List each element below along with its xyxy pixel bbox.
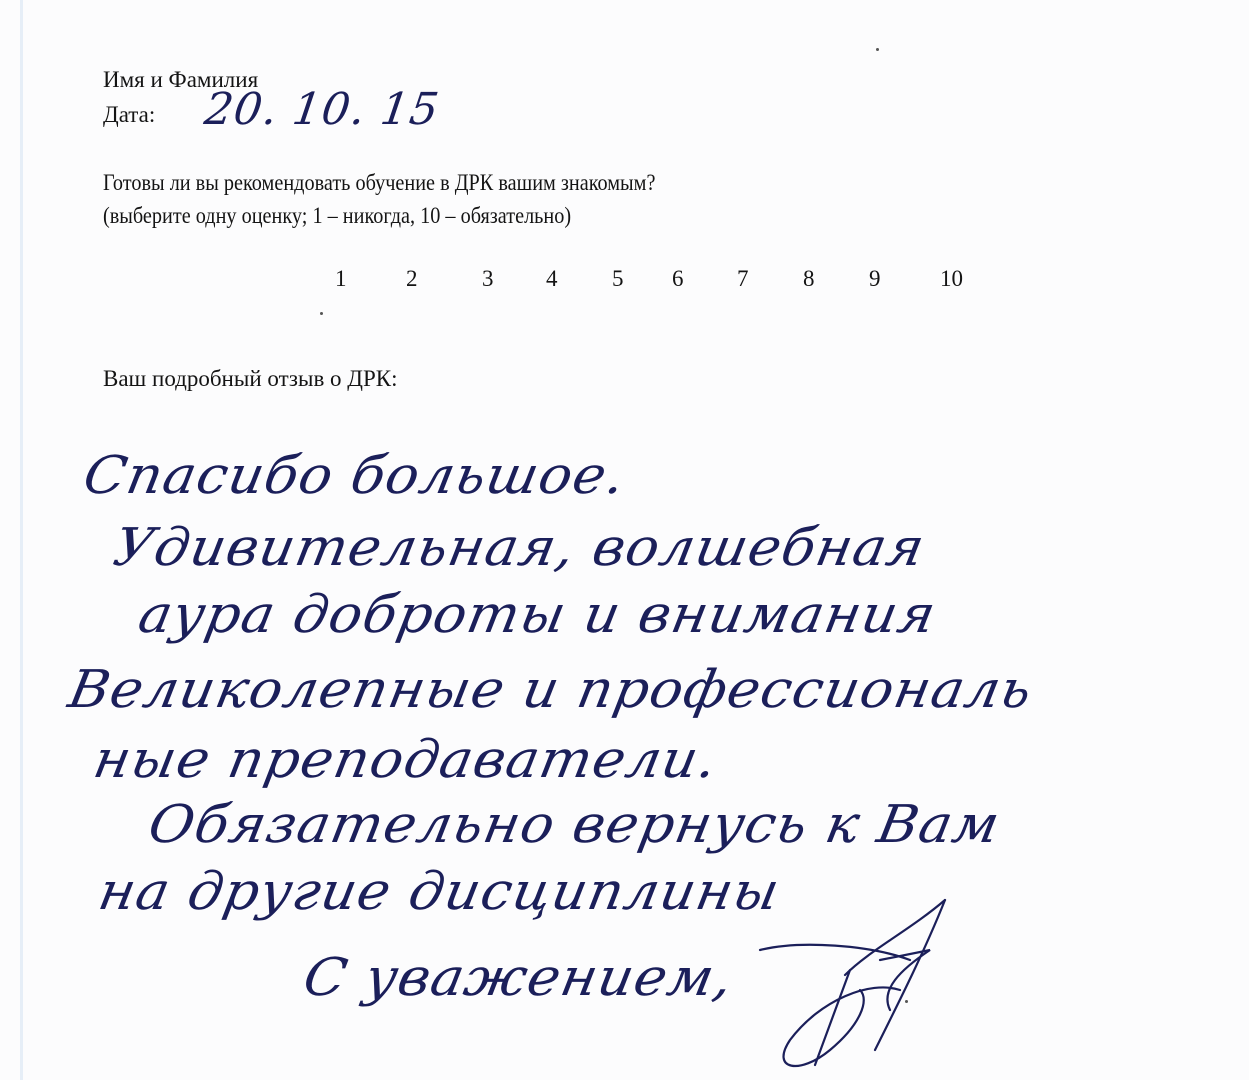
rating-scale: 1 2 3 4 5 6 7 8 9 10	[0, 266, 1249, 296]
feedback-line: Спасибо большое.	[79, 446, 631, 506]
feedback-closing: С уважением,	[299, 948, 738, 1008]
date-label: Дата:	[103, 101, 155, 129]
scan-speck	[320, 312, 323, 315]
scan-edge	[20, 0, 23, 1080]
rating-option[interactable]: 2	[406, 266, 418, 292]
feedback-line: аура доброты и внимания	[134, 585, 941, 645]
rating-option[interactable]: 3	[482, 266, 494, 292]
feedback-line: ные преподаватели.	[89, 730, 722, 790]
date-value-handwritten: 20. 10. 15	[201, 84, 442, 135]
rating-option[interactable]: 1	[335, 266, 347, 292]
rating-option[interactable]: 9	[869, 266, 881, 292]
rating-option[interactable]: 6	[672, 266, 684, 292]
feedback-line: Удивительная, волшебная	[109, 518, 930, 578]
feedback-line: Великолепные и профессиональ	[64, 660, 1037, 720]
scan-speck	[876, 48, 879, 51]
feedback-line: Обязательно вернусь к Вам	[144, 795, 1005, 855]
feedback-label: Ваш подробный отзыв о ДРК:	[103, 365, 398, 393]
rating-option[interactable]: 10	[940, 266, 963, 292]
recommend-question: Готовы ли вы рекомендовать обучение в ДР…	[103, 169, 655, 197]
rating-option[interactable]: 8	[803, 266, 815, 292]
rating-option[interactable]: 7	[737, 266, 749, 292]
signature-icon	[720, 890, 980, 1080]
rating-hint: (выберите одну оценку; 1 – никогда, 10 –…	[103, 202, 571, 230]
feedback-line: на другие дисциплины	[94, 862, 785, 922]
rating-option[interactable]: 5	[612, 266, 624, 292]
rating-option[interactable]: 4	[546, 266, 558, 292]
scan-speck	[905, 1000, 908, 1003]
